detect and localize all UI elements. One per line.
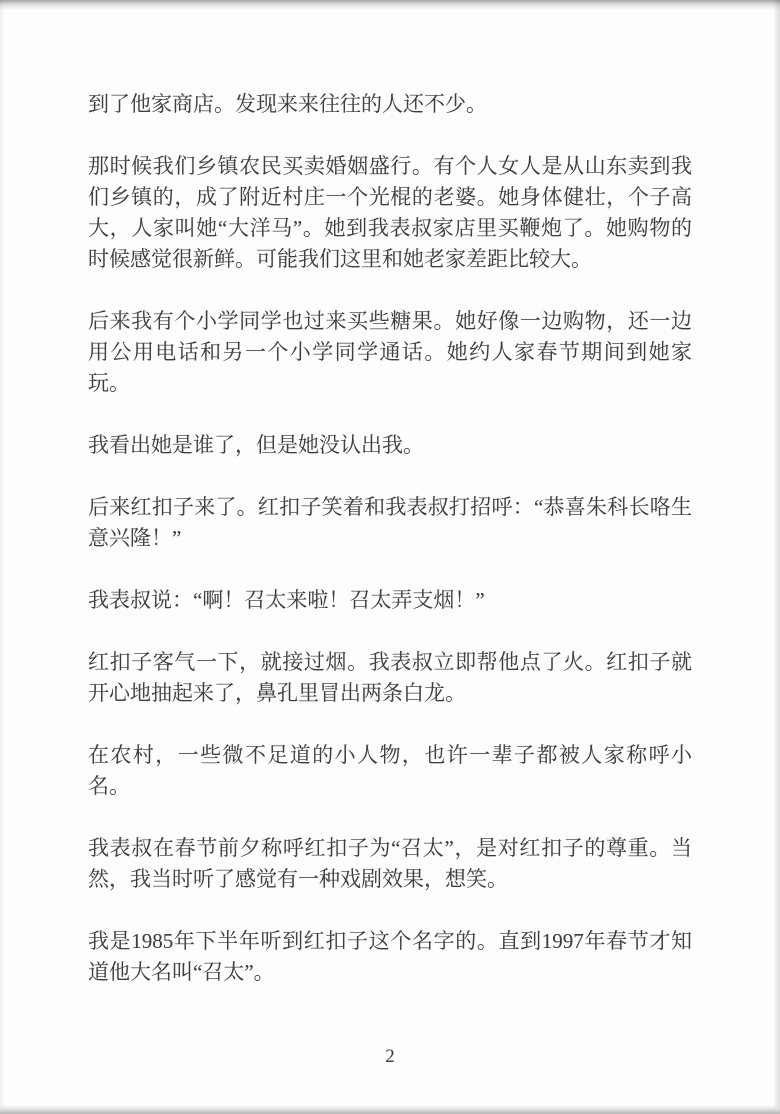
- paragraph: 到了他家商店。发现来来往往的人还不少。: [88, 89, 692, 120]
- scan-edge-bottom: [0, 1105, 780, 1114]
- paragraph: 后来红扣子来了。红扣子笑着和我表叔打招呼：“恭喜朱科长咯生意兴隆！”: [88, 492, 692, 554]
- paragraph: 我表叔说：“啊！召太来啦！召太弄支烟！”: [88, 585, 692, 616]
- scan-edge-right: [773, 0, 780, 1114]
- paragraph: 后来我有个小学同学也过来买些糖果。她好像一边购物，还一边用公用电话和另一个小学同…: [88, 306, 692, 399]
- paragraph: 在农村，一些微不足道的小人物，也许一辈子都被人家称呼小名。: [88, 740, 692, 802]
- page-body: 到了他家商店。发现来来往往的人还不少。那时候我们乡镇农民买卖婚姻盛行。有个人女人…: [88, 89, 692, 1019]
- paragraph: 那时候我们乡镇农民买卖婚姻盛行。有个人女人是从山东卖到我们乡镇的，成了附近村庄一…: [88, 151, 692, 275]
- paragraph: 我是1985年下半年听到红扣子这个名字的。直到1997年春节才知道他大名叫“召太…: [88, 926, 692, 988]
- scan-edge-left: [0, 0, 5, 1114]
- paragraph: 我看出她是谁了，但是她没认出我。: [88, 430, 692, 461]
- document-page: 到了他家商店。发现来来往往的人还不少。那时候我们乡镇农民买卖婚姻盛行。有个人女人…: [0, 0, 780, 1114]
- paragraph: 红扣子客气一下，就接过烟。我表叔立即帮他点了火。红扣子就开心地抽起来了，鼻孔里冒…: [88, 647, 692, 709]
- scan-edge-top: [0, 0, 780, 10]
- paragraph: 我表叔在春节前夕称呼红扣子为“召太”，是对红扣子的尊重。当然，我当时听了感觉有一…: [88, 833, 692, 895]
- page-number: 2: [0, 1046, 780, 1068]
